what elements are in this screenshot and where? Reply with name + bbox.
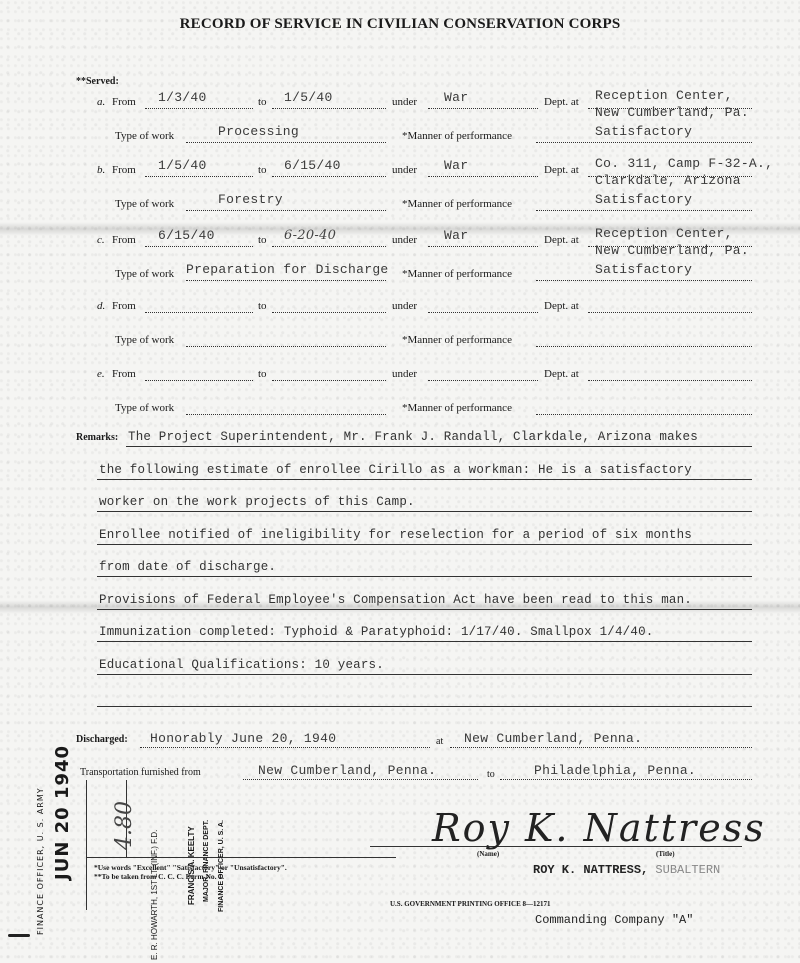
to-line (272, 176, 386, 177)
remarks-text: Enrollee notified of ineligibility for r… (99, 528, 692, 542)
under-line (428, 176, 538, 177)
from-line (145, 108, 253, 109)
name-caption: (Name) (477, 850, 499, 858)
dept-label: Dept. at (544, 300, 579, 312)
footnote-1: *Use words "Excellent" "Satisfactory" or… (94, 863, 287, 872)
manner-label: *Manner of performance (402, 402, 512, 414)
to-line (272, 246, 386, 247)
form-title: RECORD OF SERVICE IN CIVILIAN CONSERVATI… (0, 16, 800, 33)
manner-value: Satisfactory (595, 192, 692, 207)
transport-to-label: to (487, 769, 495, 780)
to-line (272, 380, 386, 381)
type-of-work-value: Processing (218, 124, 299, 139)
printing-office: U.S. GOVERNMENT PRINTING OFFICE 8—12171 (390, 900, 551, 908)
lieutenant-stamp: E. R. HOWARTH, 1ST LT. (INF.) F.D. (150, 830, 159, 960)
remarks-line (97, 609, 752, 610)
under-label: under (392, 368, 417, 380)
under-line (428, 380, 538, 381)
remarks-line (126, 446, 752, 447)
manner-line (536, 280, 752, 281)
type-of-work-label: Type of work (115, 268, 174, 280)
from-line (145, 312, 253, 313)
from-line (145, 246, 253, 247)
type-of-work-value: Preparation for Discharge (186, 262, 389, 277)
to-line (272, 108, 386, 109)
from-label: From (112, 300, 136, 312)
signer-name: ROY K. NATTRESS, SUBALTERN (533, 863, 720, 877)
to-value: 6-20-40 (284, 228, 336, 243)
remarks-text: Provisions of Federal Employee's Compens… (99, 593, 692, 607)
manner-value: Satisfactory (595, 262, 692, 277)
type-of-work-line (186, 280, 386, 281)
date-stamp: JUN 20 1940 (52, 745, 73, 880)
signer-title: SUBALTERN (655, 863, 720, 877)
at-label: at (436, 736, 443, 747)
type-of-work-label: Type of work (115, 334, 174, 346)
discharged-at-line (450, 747, 752, 748)
dept-value-1: Co. 311, Camp F-32-A., (595, 156, 773, 171)
to-label: to (258, 300, 267, 312)
remarks-text: Immunization completed: Typhoid & Paraty… (99, 625, 654, 639)
dept-label: Dept. at (544, 368, 579, 380)
type-of-work-label: Type of work (115, 402, 174, 414)
dept-label: Dept. at (544, 96, 579, 108)
discharged-label: Discharged: (76, 734, 128, 745)
from-value: 1/3/40 (158, 90, 207, 105)
under-label: under (392, 164, 417, 176)
dept-value-2: Clarkdale, Arizona (595, 173, 741, 188)
manner-line (536, 414, 752, 415)
period-letter: e. (97, 368, 105, 380)
manner-label: *Manner of performance (402, 198, 512, 210)
discharged-at: New Cumberland, Penna. (464, 731, 642, 746)
transport-from: New Cumberland, Penna. (258, 763, 436, 778)
served-label: **Served: (76, 76, 119, 87)
signer-name-text: ROY K. NATTRESS, (533, 863, 648, 877)
dept-value-2: New Cumberland, Pa. (595, 243, 749, 258)
remarks-line (97, 576, 752, 577)
type-of-work-label: Type of work (115, 130, 174, 142)
from-label: From (112, 96, 136, 108)
type-of-work-line (186, 414, 386, 415)
transport-label: Transportation furnished from (80, 767, 201, 778)
remarks-label: Remarks: (76, 432, 118, 443)
under-value: War (444, 158, 468, 173)
manner-line (536, 210, 752, 211)
dept-value-1: Reception Center, (595, 88, 733, 103)
remarks-line (97, 706, 752, 707)
stamp-box-bottom (86, 857, 396, 858)
remarks-text: worker on the work projects of this Camp… (99, 495, 415, 509)
discharged-line (140, 747, 430, 748)
under-value: War (444, 228, 468, 243)
title-caption: (Title) (656, 850, 675, 858)
under-line (428, 312, 538, 313)
under-label: under (392, 300, 417, 312)
under-line (428, 108, 538, 109)
under-label: under (392, 234, 417, 246)
from-line (145, 176, 253, 177)
type-of-work-line (186, 210, 386, 211)
to-value: 1/5/40 (284, 90, 333, 105)
under-label: under (392, 96, 417, 108)
transport-to: Philadelphia, Penna. (534, 763, 696, 778)
to-label: to (258, 164, 267, 176)
dept-label: Dept. at (544, 164, 579, 176)
transport-to-line (500, 779, 752, 780)
type-of-work-line (186, 142, 386, 143)
dept-line (588, 312, 752, 313)
manner-line (536, 346, 752, 347)
footnote-2: **To be taken from C. C. C. Form No. 1. (94, 872, 224, 881)
remarks-line (97, 641, 752, 642)
from-value: 1/5/40 (158, 158, 207, 173)
dept-value-1: Reception Center, (595, 226, 733, 241)
manner-label: *Manner of performance (402, 268, 512, 280)
remarks-line (97, 511, 752, 512)
type-of-work-value: Forestry (218, 192, 283, 207)
to-label: to (258, 234, 267, 246)
manner-line (536, 142, 752, 143)
remarks-text: the following estimate of enrollee Ciril… (99, 463, 692, 477)
remarks-text: The Project Superintendent, Mr. Frank J.… (128, 430, 698, 444)
dept-value-2: New Cumberland, Pa. (595, 105, 749, 120)
to-line (272, 312, 386, 313)
office-stamp: FINANCE OFFICER, U. S. ARMY (36, 787, 45, 935)
type-of-work-label: Type of work (115, 198, 174, 210)
remarks-text: from date of discharge. (99, 560, 276, 574)
period-letter: c. (97, 234, 105, 246)
to-label: to (258, 368, 267, 380)
signature: Roy K. Nattress (432, 806, 766, 850)
transport-from-line (243, 779, 478, 780)
dept-label: Dept. at (544, 234, 579, 246)
manner-label: *Manner of performance (402, 130, 512, 142)
from-value: 6/15/40 (158, 228, 215, 243)
document-page: RECORD OF SERVICE IN CIVILIAN CONSERVATI… (0, 0, 800, 963)
signer-unit: Commanding Company "A" (535, 913, 693, 927)
remarks-line (97, 674, 752, 675)
period-letter: d. (97, 300, 105, 312)
under-value: War (444, 90, 468, 105)
type-of-work-line (186, 346, 386, 347)
to-value: 6/15/40 (284, 158, 341, 173)
from-label: From (112, 164, 136, 176)
from-label: From (112, 368, 136, 380)
officer-rank: MAJOR, FINANCE DEPT. (203, 820, 210, 902)
remarks-text: Educational Qualifications: 10 years. (99, 658, 384, 672)
discharged-value: Honorably June 20, 1940 (150, 731, 336, 746)
stamp-box-left (86, 780, 87, 910)
manner-label: *Manner of performance (402, 334, 512, 346)
stamp-mark (8, 934, 30, 937)
handwritten-amount: 4.80 (112, 801, 137, 850)
from-label: From (112, 234, 136, 246)
period-letter: b. (97, 164, 105, 176)
from-line (145, 380, 253, 381)
under-line (428, 246, 538, 247)
manner-value: Satisfactory (595, 124, 692, 139)
remarks-line (97, 479, 752, 480)
period-letter: a. (97, 96, 105, 108)
dept-line (588, 380, 752, 381)
remarks-line (97, 544, 752, 545)
to-label: to (258, 96, 267, 108)
